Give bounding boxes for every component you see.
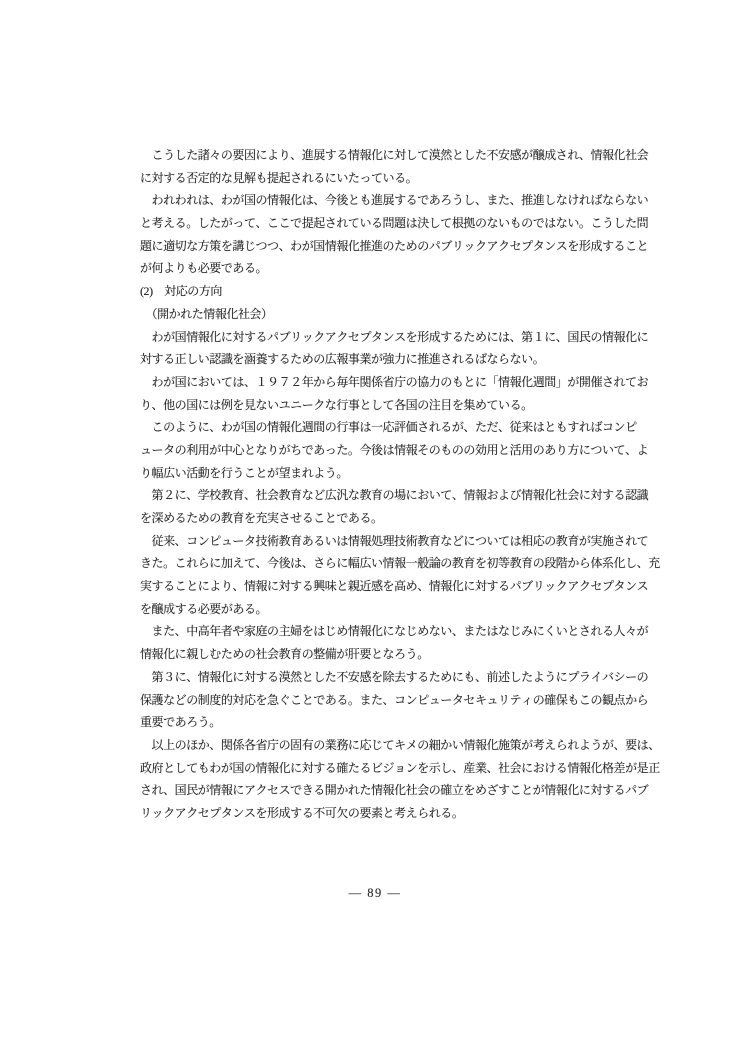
text-line: 題に適切な方策を講じつつ、わが国情報化推進のためのパブリックアクセプタンスを形成… [140, 235, 670, 258]
page-number: — 89 — [0, 886, 750, 901]
text-line: 従来、コンピュータ技術教育あるいは情報処理技術教育などについては相応の教育が実施… [140, 530, 670, 553]
text-line: 第２に、学校教育、社会教育など広汎な教育の場において、情報および情報化社会に対す… [140, 484, 670, 507]
text-line: わが国においては、１９７２年から毎年関係省庁の協力のもとに「情報化週間」が開催さ… [140, 371, 670, 394]
text-line: され、国民が情報にアクセスできる開かれた情報化社会の確立をめざすことが情報化に対… [140, 779, 670, 802]
body-text: こうした諸々の要因により、進展する情報化に対して漠然とした不安感が醸成され、情報… [140, 144, 670, 825]
text-line: また、中高年者や家庭の主婦をはじめ情報化になじめない、またはなじみにくいとされる… [140, 620, 670, 643]
text-line: リックアクセプタンスを形成する不可欠の要素と考えられる。 [140, 802, 670, 825]
text-line: 実することにより、情報に対する興味と親近感を高め、情報化に対するパブリックアクセ… [140, 575, 670, 598]
page-background: こうした諸々の要因により、進展する情報化に対して漠然とした不安感が醸成され、情報… [0, 0, 750, 1054]
text-line: と考える。したがって、ここで提起されている問題は決して根拠のないものではない。こ… [140, 212, 670, 235]
text-line: を深めるための教育を充実させることである。 [140, 507, 670, 530]
text-line: ュータの利用が中心となりがちであった。今後は情報そのものの効用と活用のあり方につ… [140, 439, 670, 462]
scanned-document-page: { "colors": { "background": "#ffffff", "… [0, 0, 750, 1054]
text-line: このように、わが国の情報化週間の行事は一応評価されるが、ただ、従来はともすればコ… [140, 416, 670, 439]
text-line: が何よりも必要である。 [140, 257, 670, 280]
text-line: 保護などの制度的対応を急ぐことである。また、コンピュータセキュリティの確保もこの… [140, 689, 670, 712]
text-line: り、他の国には例を見ないユニークな行事として各国の注目を集めている。 [140, 394, 670, 417]
text-line: 重要であろう。 [140, 711, 670, 734]
subsection-heading: （開かれた情報化社会） [140, 303, 670, 326]
text-line: に対する否定的な見解も提起されるにいたっている。 [140, 167, 670, 190]
text-line: 情報化に親しむための社会教育の整備が肝要となろう。 [140, 643, 670, 666]
text-line: われわれは、わが国の情報化は、今後とも進展するであろうし、また、推進しなければな… [140, 189, 670, 212]
text-line: こうした諸々の要因により、進展する情報化に対して漠然とした不安感が醸成され、情報… [140, 144, 670, 167]
text-line: 第３に、情報化に対する漠然とした不安感を除去するためにも、前述したようにプライバ… [140, 666, 670, 689]
text-line: 対する正しい認識を涵養するための広報事業が強力に推進されるばならない。 [140, 348, 670, 371]
text-line: わが国情報化に対するパブリックアクセプタンスを形成するためには、第１に、国民の情… [140, 326, 670, 349]
text-line: 政府としてもわが国の情報化に対する確たるビジョンを示し、産業、社会における情報化… [140, 757, 670, 780]
text-line: 以上のほか、関係各省庁の固有の業務に応じてキメの細かい情報化施策が考えられようが… [140, 734, 670, 757]
text-line: り幅広い活動を行うことが望まれよう。 [140, 462, 670, 485]
text-line: きた。これらに加えて、今後は、さらに幅広い情報一般論の教育を初等教育の段階から体… [140, 552, 670, 575]
text-line: を醸成する必要がある。 [140, 598, 670, 621]
section-heading: (2) 対応の方向 [140, 280, 670, 303]
